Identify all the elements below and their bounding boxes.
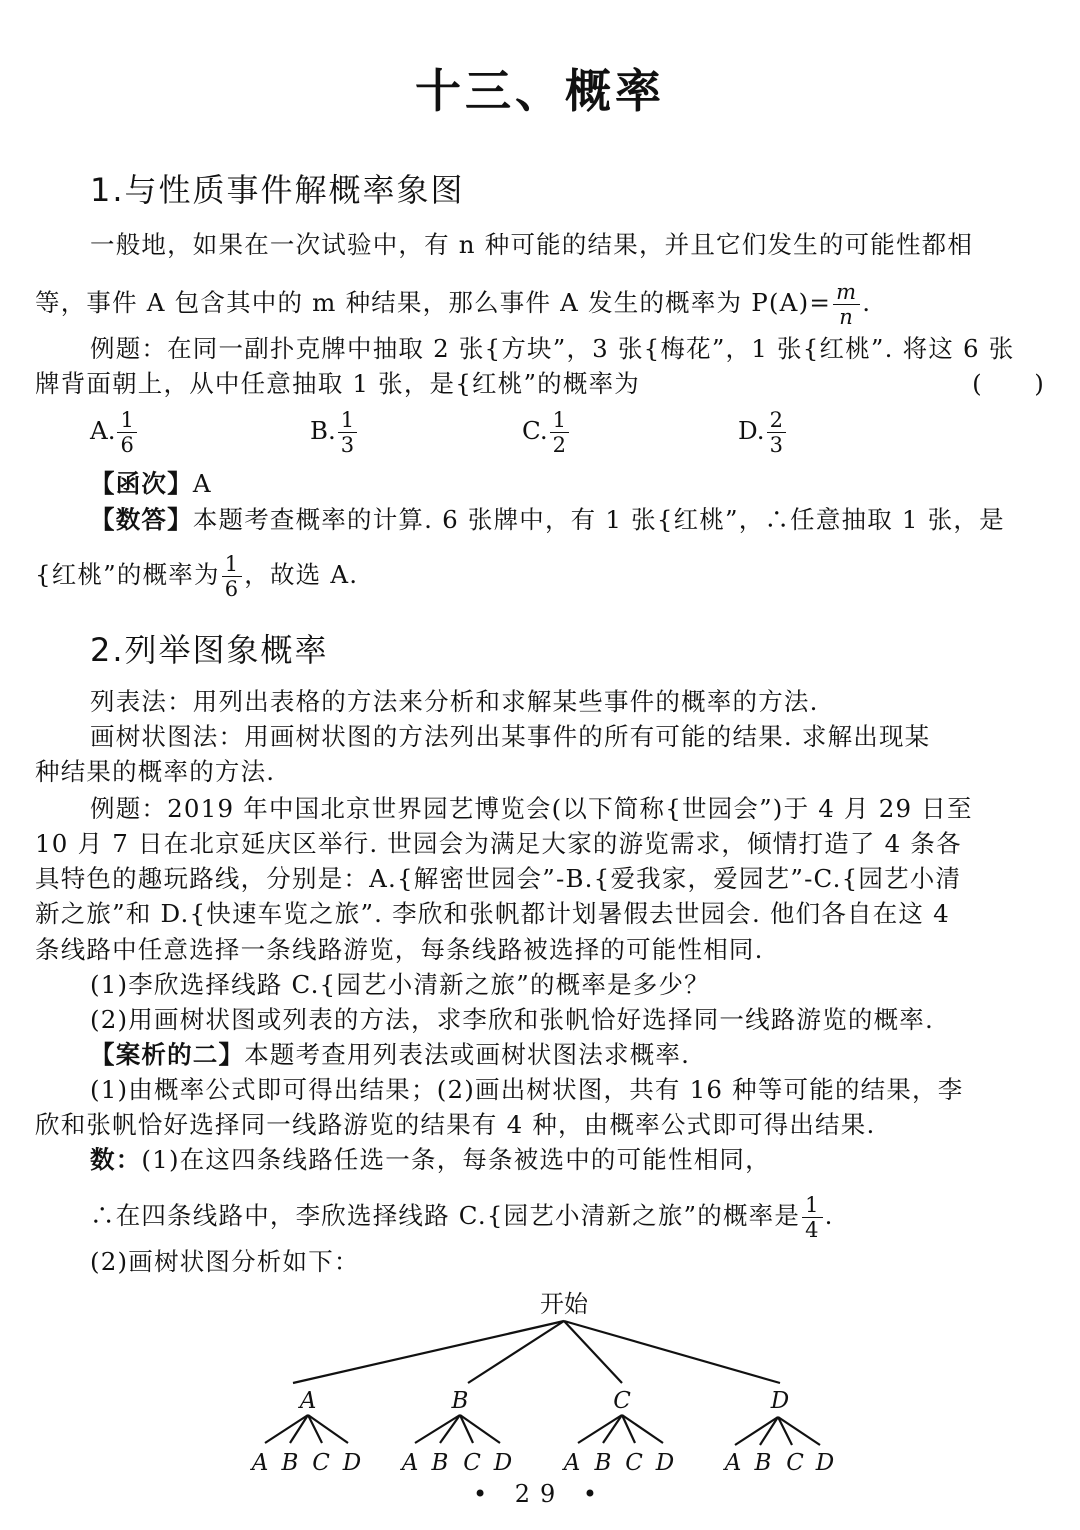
tree-diagram: 开始 A B C D A B C D A B C D A B C D A B C…: [0, 1280, 1080, 1480]
leaf: D: [655, 1450, 674, 1476]
option-d: D.23: [738, 408, 788, 457]
leaf: C: [463, 1450, 481, 1476]
example-line1: 例题：在同一副扑克牌中抽取 2 张{方块”，3 张{梅花”，1 张{红桃”. 将…: [90, 332, 1015, 366]
leaf: D: [815, 1450, 834, 1476]
section1-para1-line1: 一般地，如果在一次试验中，有 n 种可能的结果，并且它们发生的可能性都相: [90, 228, 973, 262]
tree-node-d: D: [770, 1388, 789, 1414]
leaf: D: [342, 1450, 361, 1476]
analysis-line2: (1)由概率公式即可得出结果；(2)画出树状图，共有 16 种等可能的结果，李: [90, 1073, 963, 1107]
explain-line1: 【数答】本题考查概率的计算. 6 张牌中，有 1 张{红桃”，∴任意抽取 1 张…: [90, 503, 1005, 537]
leaf: B: [754, 1450, 772, 1476]
explain-tag: 【数答】: [90, 505, 193, 534]
analysis-tag: 【案析的二】: [90, 1040, 244, 1069]
answer-value: A: [193, 469, 212, 498]
leaf: A: [562, 1450, 581, 1476]
tree-node-c: C: [613, 1388, 631, 1414]
answer-line: 【函次】A: [90, 467, 212, 501]
leaf: A: [723, 1450, 742, 1476]
question-1: (1)李欣选择线路 C.{园艺小清新之旅”的概率是多少？: [90, 968, 710, 1002]
tree-node-a: A: [298, 1388, 317, 1414]
section1-heading: 1.与性质事件解概率象图: [90, 165, 465, 211]
tree-node-b: B: [451, 1388, 469, 1414]
leaf: A: [400, 1450, 419, 1476]
s2-line: 画树状图法：用画树状图的方法列出某事件的所有可能的结果. 求解出现某: [90, 720, 930, 754]
solution-line2: ∴在四条线路中，李欣选择线路 C.{园艺小清新之旅”的概率是14.: [90, 1193, 834, 1242]
leaf: A: [250, 1450, 269, 1476]
answer-tag: 【函次】: [90, 469, 193, 498]
section1-para1-line2: 等，事件 A 包含其中的 m 种结果，那么事件 A 发生的概率为 P(A)=mn…: [35, 280, 871, 329]
analysis-line3: 欣和张帆恰好选择同一线路游览的结果有 4 种，由概率公式即可得出结果.: [35, 1108, 875, 1142]
leaf: B: [431, 1450, 449, 1476]
example-line2: 牌背面朝上，从中任意抽取 1 张，是{红桃”的概率为: [35, 367, 640, 401]
tree-root: 开始: [540, 1290, 589, 1318]
leaf: C: [786, 1450, 804, 1476]
option-c: C.12: [522, 408, 571, 457]
formula-fraction: mn: [833, 280, 860, 329]
analysis-line1: 【案析的二】本题考查用列表法或画树状图法求概率.: [90, 1038, 690, 1072]
solution-tag: 数：: [90, 1145, 141, 1174]
s2-line: 种结果的概率的方法.: [35, 755, 275, 789]
section2-heading: 2.列举图象概率: [90, 625, 329, 671]
leaf: C: [312, 1450, 330, 1476]
answer-blank: ( ): [972, 367, 1045, 401]
page-number: • 29 •: [0, 1480, 1080, 1508]
s2-line: 10 月 7 日在北京延庆区举行. 世园会为满足大家的游览需求，倾情打造了 4 …: [35, 827, 962, 861]
leaf: B: [281, 1450, 299, 1476]
s2-line: 列表法：用列出表格的方法来分析和求解某些事件的概率的方法.: [90, 685, 819, 719]
s2-line: 具特色的趣玩路线，分别是：A.{解密世园会”-B.{爱我家，爱园艺”-C.{园艺…: [35, 862, 961, 896]
question-2: (2)用画树状图或列表的方法，求李欣和张帆恰好选择同一线路游览的概率.: [90, 1003, 934, 1037]
option-a: A.16: [90, 408, 139, 457]
leaf: B: [594, 1450, 612, 1476]
s2-line: 条线路中任意选择一条线路游览，每条线路被选择的可能性相同.: [35, 933, 764, 967]
leaf: C: [625, 1450, 643, 1476]
option-b: B.13: [310, 408, 359, 457]
explain-line2: {红桃”的概率为16，故选 A.: [35, 552, 358, 601]
s2-line: 新之旅”和 D.{快速车览之旅”. 李欣和张帆都计划暑假去世园会. 他们各自在这…: [35, 897, 950, 931]
page-title: 十三、概率: [0, 55, 1080, 121]
para1-line2-text: 等，事件 A 包含其中的 m 种结果，那么事件 A 发生的概率为 P(A)=: [35, 288, 831, 317]
solution-line1: 数：(1)在这四条线路任选一条，每条被选中的可能性相同，: [90, 1143, 771, 1177]
s2-line: 例题：2019 年中国北京世界园艺博览会(以下简称{世园会”)于 4 月 29 …: [90, 792, 973, 826]
leaf: D: [493, 1450, 512, 1476]
solution-line3: (2)画树状图分析如下：: [90, 1245, 360, 1279]
